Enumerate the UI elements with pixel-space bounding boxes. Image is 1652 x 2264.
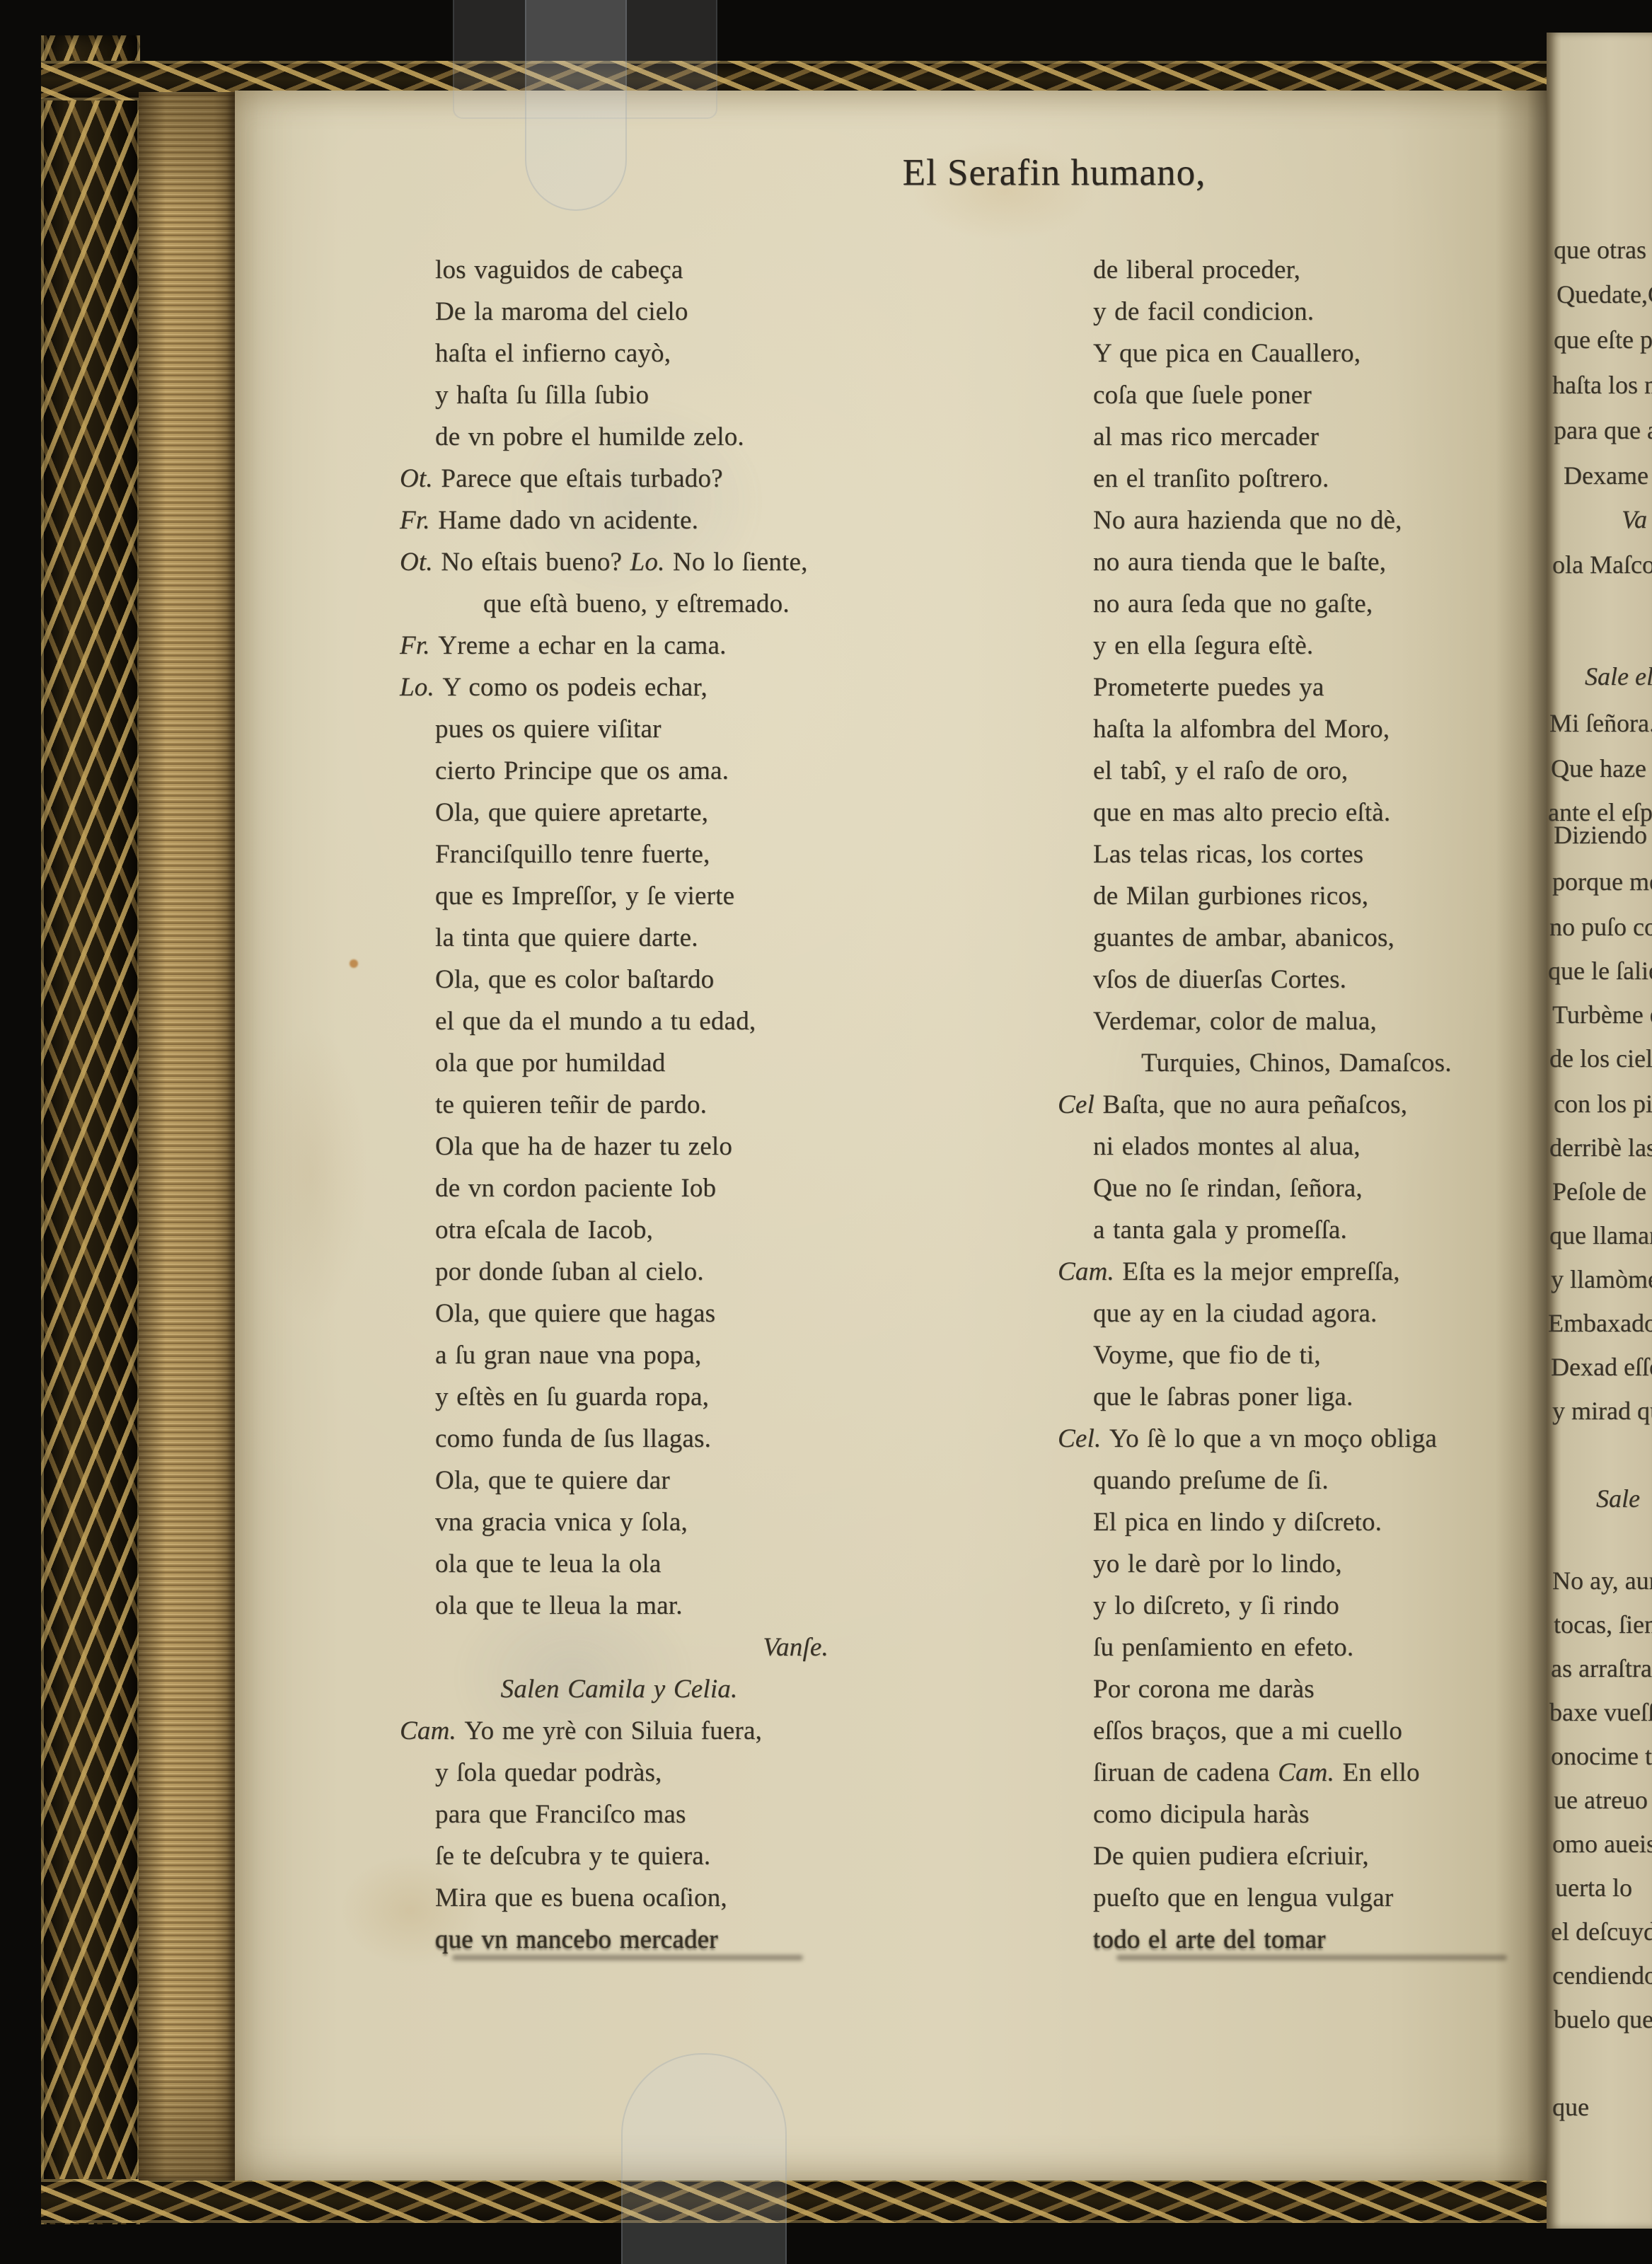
verse-text: en el tranſito poſtrero. [1093, 464, 1329, 493]
verse-text: Las telas ricas, los cortes [1093, 840, 1363, 869]
verse-line: guantes de ambar, abanicos, [1058, 917, 1546, 959]
verse-text: el que da el mundo a tu edad, [435, 1007, 756, 1036]
verse-line: y en ella ſegura eſtè. [1058, 625, 1546, 666]
verse-text: de Milan gurbiones ricos, [1093, 882, 1368, 911]
verse-text: guantes de ambar, abanicos, [1093, 923, 1394, 952]
verse-line: Ola que ha de hazer tu zelo [400, 1126, 838, 1167]
verse-line: todo el arte del tomar [1058, 1919, 1546, 1960]
verse-text: Franciſquillo tenre fuerte, [435, 840, 710, 869]
verse-line: el que da el mundo a tu edad, [400, 1000, 838, 1042]
verse-line: No aura hazienda que no dè, [1058, 499, 1546, 541]
verse-line: y haſta ſu ſilla ſubio [400, 374, 838, 416]
text-fragment: onocime tar [1551, 1743, 1652, 1769]
verse-text: que vn mancebo mercader [435, 1925, 718, 1954]
film-clip-bottom-tab [621, 2053, 787, 2264]
verse-text: pues os quiere viſitar [435, 715, 662, 744]
verse-text: Yreme a echar en la cama. [438, 631, 726, 660]
verse-text: Ola, que te quiere dar [435, 1466, 670, 1495]
text-fragment: ue atreuo [1554, 1787, 1648, 1813]
verse-text: de vn cordon paciente Iob [435, 1174, 716, 1203]
verse-line: para que Franciſco mas [400, 1794, 838, 1835]
verse-text: para que Franciſco mas [435, 1800, 686, 1829]
verse-line: como dicipula haràs [1058, 1794, 1546, 1835]
verse-line: ſe te deſcubra y te quiera. [400, 1835, 838, 1877]
text-fragment: haſta los mi [1552, 372, 1652, 398]
speaker-abbreviation: Cam. [1058, 1257, 1122, 1286]
text-fragment: y llamòme Ce [1551, 1266, 1652, 1292]
verse-line: de Milan gurbiones ricos, [1058, 875, 1546, 917]
verse-text: ola que por humildad [435, 1049, 665, 1078]
verse-line: no aura tienda que le baſte, [1058, 541, 1546, 583]
speaker-abbreviation: Fr. [400, 506, 438, 535]
verse-text: que es Impreſſor, y ſe vierte [435, 882, 734, 911]
verse-text: Parece que eſtais turbado? [441, 464, 723, 493]
verse-text: la tinta que quiere darte. [435, 923, 698, 952]
verse-text: otra eſcala de Iacob, [435, 1215, 653, 1244]
gutter-shadow [1496, 91, 1547, 2181]
verse-line: eſſos braços, que a mi cuello [1058, 1710, 1546, 1752]
verse-line: te quieren teñir de pardo. [400, 1084, 838, 1126]
verse-text: No aura hazienda que no dè, [1093, 506, 1402, 535]
verse-line: y lo diſcreto, y ſi rindo [1058, 1585, 1546, 1627]
text-fragment: que le ſalieron [1548, 958, 1652, 983]
verse-line: que en mas alto precio eſtà. [1058, 792, 1546, 833]
verse-text: vſos de diuerſas Cortes. [1093, 965, 1346, 994]
verse-line: vſos de diuerſas Cortes. [1058, 959, 1546, 1000]
verse-line: a tanta gala y promeſſa. [1058, 1209, 1546, 1251]
text-fragment: Dexad eſſos [1551, 1354, 1652, 1380]
verse-text: El pica en lindo y diſcreto. [1093, 1508, 1382, 1537]
verse-line: al mas rico mercader [1058, 416, 1546, 458]
verse-text: Por corona me daràs [1093, 1675, 1315, 1704]
verse-line: pueſto que en lengua vulgar [1058, 1877, 1546, 1919]
text-fragment: porque me v [1552, 869, 1652, 894]
verse-text: ſiruan de cadena [1093, 1758, 1278, 1787]
verse-line: que eſtà bueno, y eſtremado. [400, 583, 838, 625]
verse-text: y lo diſcreto, y ſi rindo [1093, 1591, 1339, 1620]
text-fragment: Que haze m [1551, 756, 1652, 781]
text-fragment: Sale el [1585, 664, 1652, 689]
verse-line: Fr. Yreme a echar en la cama. [400, 625, 838, 666]
verse-text: Verdemar, color de malua, [1093, 1007, 1377, 1036]
verse-text: eſſos braços, que a mi cuello [1093, 1716, 1402, 1745]
verse-line: Cam. Eſta es la mejor empreſſa, [1058, 1251, 1546, 1293]
verse-text: que le ſabras poner liga. [1093, 1382, 1353, 1411]
verse-line: como funda de ſus llagas. [400, 1418, 838, 1460]
speaker-abbreviation: Vanſe. [763, 1633, 828, 1662]
verse-text: Y como os podeis echar, [442, 673, 707, 702]
verse-text: y eſtès en ſu guarda ropa, [435, 1382, 709, 1411]
verse-text: Mira que es buena ocaſion, [435, 1883, 727, 1912]
verse-text: ni elados montes al alua, [1093, 1132, 1361, 1161]
verse-line: ola que por humildad [400, 1042, 838, 1084]
verse-text: cierto Principe que os ama. [435, 756, 729, 785]
verse-line: por donde ſuban al cielo. [400, 1251, 838, 1293]
text-fragment: Embaxador d [1548, 1310, 1652, 1336]
text-fragment: tocas, ſien [1554, 1612, 1652, 1637]
verse-line: Ola, que quiere que hagas [400, 1293, 838, 1334]
verse-line: y de facil condicion. [1058, 291, 1546, 333]
verse-line: Lo. Y como os podeis echar, [400, 666, 838, 708]
verse-text: Turquies, Chinos, Damaſcos. [1141, 1049, 1452, 1078]
text-fragment: derribè las ſal [1549, 1135, 1652, 1160]
verse-text: como dicipula haràs [1093, 1800, 1310, 1829]
verse-text: por donde ſuban al cielo. [435, 1257, 704, 1286]
speaker-abbreviation: Lo. [400, 673, 442, 702]
speaker-abbreviation: Ot. [400, 548, 441, 577]
book-fore-edge [139, 92, 235, 2181]
verse-text: Hame dado vn acidente. [438, 506, 698, 535]
verse-text: En ello [1342, 1758, 1419, 1787]
verse-text: a tanta gala y promeſſa. [1093, 1215, 1347, 1244]
verse-line: Ola, que te quiere dar [400, 1460, 838, 1501]
verse-line: vna gracia vnica y ſola, [400, 1501, 838, 1543]
speaker-abbreviation: Cam. [1278, 1758, 1342, 1787]
verse-text: de liberal proceder, [1093, 255, 1300, 284]
verse-line: Ot. No eſtais bueno? Lo. No lo ſiente, [400, 541, 838, 583]
verse-line: de liberal proceder, [1058, 249, 1546, 291]
verse-line: otra eſcala de Iacob, [400, 1209, 838, 1251]
verse-text: No eſtais bueno? [441, 548, 630, 577]
verse-text: que ay en la ciudad agora. [1093, 1299, 1377, 1328]
verse-text: el tabî, y el raſo de oro, [1093, 756, 1348, 785]
text-fragment: Quedate,C [1556, 282, 1652, 307]
verse-line: los vaguidos de cabeça [400, 249, 838, 291]
verse-line: Fr. Hame dado vn acidente. [400, 499, 838, 541]
film-clip-top-tab [525, 0, 627, 211]
verse-text: Ola, que quiere apretarte, [435, 798, 708, 827]
verse-line: y ſola quedar podràs, [400, 1752, 838, 1794]
verse-text: no aura tienda que le baſte, [1093, 548, 1386, 577]
verse-line: haſta el infierno cayò, [400, 333, 838, 374]
verse-text: Baſta, que no aura peñaſcos, [1102, 1090, 1407, 1119]
text-fragment: que otras lla [1554, 237, 1652, 262]
text-fragment: Va [1622, 507, 1647, 532]
verse-text: ola que te leua la ola [435, 1549, 662, 1578]
verse-line: quando preſume de ſi. [1058, 1460, 1546, 1501]
verse-line: pues os quiere viſitar [400, 708, 838, 750]
verse-text: Ola, que quiere que hagas [435, 1299, 715, 1328]
text-fragment: Turbème en la [1552, 1002, 1652, 1027]
verse-text: haſta la alfombra del Moro, [1093, 715, 1390, 744]
verse-text: De la maroma del cielo [435, 297, 688, 326]
verse-line: ni elados montes al alua, [1058, 1126, 1546, 1167]
verse-line: Las telas ricas, los cortes [1058, 833, 1546, 875]
verse-line: Y que pica en Cauallero, [1058, 333, 1546, 374]
verse-line: no aura ſeda que no gaſte, [1058, 583, 1546, 625]
verse-text: te quieren teñir de pardo. [435, 1090, 707, 1119]
text-fragment: que eſte pol [1554, 327, 1652, 352]
speaker-abbreviation: Fr. [400, 631, 438, 660]
verse-line: Vanſe. [400, 1627, 838, 1668]
verse-text: los vaguidos de cabeça [435, 255, 683, 284]
text-fragment: uerta lo [1555, 1875, 1632, 1900]
next-page-edge: que otras llaQuedate,Cque eſte polhaſta … [1547, 33, 1652, 2229]
verse-line: en el tranſito poſtrero. [1058, 458, 1546, 499]
verse-text: Ola, que es color baſtardo [435, 965, 714, 994]
verse-text: Prometerte puedes ya [1093, 673, 1324, 702]
verse-line: a ſu gran naue vna popa, [400, 1334, 838, 1376]
verse-text: No lo ſiente, [673, 548, 808, 577]
verse-line: Que no ſe rindan, ſeñora, [1058, 1167, 1546, 1209]
verse-line: el tabî, y el raſo de oro, [1058, 750, 1546, 792]
verse-line: que es Impreſſor, y ſe vierte [400, 875, 838, 917]
text-fragment: as arraſtra [1551, 1656, 1652, 1681]
verse-line: que ay en la ciudad agora. [1058, 1293, 1546, 1334]
verse-line: De la maroma del cielo [400, 291, 838, 333]
verse-text: Voyme, que fio de ti, [1093, 1341, 1321, 1370]
gilt-binding-bottom [41, 2179, 1571, 2223]
verse-text: ſu penſamiento en efeto. [1093, 1633, 1353, 1662]
text-fragment: Sale [1596, 1486, 1640, 1511]
verse-text: Yo ſè lo que a vn moço obliga [1109, 1424, 1437, 1453]
verse-text: yo le darè por lo lindo, [1093, 1549, 1342, 1578]
speaker-abbreviation: Cel [1058, 1090, 1102, 1119]
verse-line: Salen Camila y Celia. [400, 1668, 838, 1710]
verse-line: El pica en lindo y diſcreto. [1058, 1501, 1546, 1543]
verse-text: todo el arte del tomar [1093, 1925, 1326, 1954]
verse-text: de vn pobre el humilde zelo. [435, 422, 744, 451]
verse-column-right: de liberal proceder,y de facil condicion… [1058, 249, 1546, 1960]
text-fragment: Dexame t [1564, 463, 1652, 488]
verse-line: Ola, que quiere apretarte, [400, 792, 838, 833]
verse-line: Mira que es buena ocaſion, [400, 1877, 838, 1919]
verse-text: y haſta ſu ſilla ſubio [435, 381, 649, 410]
verse-line: de vn pobre el humilde zelo. [400, 416, 838, 458]
verse-line: que le ſabras poner liga. [1058, 1376, 1546, 1418]
speaker-abbreviation: Cam. [400, 1716, 464, 1745]
text-fragment: que llaman de [1549, 1223, 1652, 1248]
verse-line: ſiruan de cadena Cam. En ello [1058, 1752, 1546, 1794]
verse-text: vna gracia vnica y ſola, [435, 1508, 688, 1537]
text-fragment: ola Maſcon. [1552, 552, 1652, 577]
verse-text: coſa que ſuele poner [1093, 381, 1312, 410]
verse-text: Y que pica en Cauallero, [1093, 339, 1361, 368]
verse-text: Yo me yrè con Siluia fuera, [464, 1716, 762, 1745]
verse-text: y ſola quedar podràs, [435, 1758, 662, 1787]
verse-line: De quien pudiera eſcriuir, [1058, 1835, 1546, 1877]
verse-line: Cel Baſta, que no aura peñaſcos, [1058, 1084, 1546, 1126]
verse-text: no aura ſeda que no gaſte, [1093, 589, 1373, 618]
speaker-abbreviation: Cel. [1058, 1424, 1109, 1453]
verse-line: Voyme, que fio de ti, [1058, 1334, 1546, 1376]
verse-text: ola que te lleua la mar. [435, 1591, 683, 1620]
verse-line: Prometerte puedes ya [1058, 666, 1546, 708]
verse-line: yo le darè por lo lindo, [1058, 1543, 1546, 1585]
verse-column-left: los vaguidos de cabeçaDe la maroma del c… [400, 249, 838, 1960]
verse-line: Cel. Yo ſè lo que a vn moço obliga [1058, 1418, 1546, 1460]
verse-text: De quien pudiera eſcriuir, [1093, 1842, 1369, 1871]
paper-stain [350, 959, 358, 968]
verse-text: haſta el infierno cayò, [435, 339, 671, 368]
verse-line: Verdemar, color de malua, [1058, 1000, 1546, 1042]
text-fragment: para que a b [1554, 417, 1652, 443]
text-fragment: omo aueis [1552, 1831, 1652, 1856]
speaker-abbreviation: Salen Camila y Celia. [501, 1675, 738, 1704]
verse-line: coſa que ſuele poner [1058, 374, 1546, 416]
verse-text: Ola que ha de hazer tu zelo [435, 1132, 732, 1161]
speaker-abbreviation: Ot. [400, 464, 441, 493]
verse-text: que eſtà bueno, y eſtremado. [483, 589, 790, 618]
verse-text: que en mas alto precio eſtà. [1093, 798, 1390, 827]
text-fragment: y mirad quien [1552, 1398, 1652, 1423]
verse-line: la tinta que quiere darte. [400, 917, 838, 959]
verse-line: Turquies, Chinos, Damaſcos. [1058, 1042, 1546, 1084]
verse-line: ſu penſamiento en efeto. [1058, 1627, 1546, 1668]
verse-line: haſta la alfombra del Moro, [1058, 708, 1546, 750]
verse-text: y en ella ſegura eſtè. [1093, 631, 1313, 660]
verse-text: ſe te deſcubra y te quiera. [435, 1842, 710, 1871]
book-photo: El Serafin humano, los vaguidos de cabeç… [0, 0, 1652, 2264]
verse-line: Ot. Parece que eſtais turbado? [400, 458, 838, 499]
verse-line: Cam. Yo me yrè con Siluia fuera, [400, 1710, 838, 1752]
text-fragment: el deſcuydo [1551, 1919, 1652, 1944]
text-fragment: de los cielos g [1549, 1046, 1652, 1071]
verse-text: Eſta es la mejor empreſſa, [1122, 1257, 1399, 1286]
verse-line: y eſtès en ſu guarda ropa, [400, 1376, 838, 1418]
verse-text: Que no ſe rindan, ſeñora, [1093, 1174, 1363, 1203]
text-fragment: cendiendo [1552, 1963, 1652, 1988]
text-fragment: Peſole de vna [1552, 1179, 1652, 1204]
verse-text: y de facil condicion. [1093, 297, 1314, 326]
text-fragment: no puſo color [1549, 914, 1652, 940]
verse-line: Franciſquillo tenre fuerte, [400, 833, 838, 875]
text-fragment: No ay, aunq [1552, 1568, 1652, 1593]
running-head: El Serafin humano, [814, 151, 1295, 194]
verse-line: Ola, que es color baſtardo [400, 959, 838, 1000]
text-fragment: Diziendo a ſu [1554, 822, 1652, 848]
verse-line: cierto Principe que os ama. [400, 750, 838, 792]
verse-text: como funda de ſus llagas. [435, 1424, 711, 1453]
text-fragment: que [1552, 2094, 1589, 2120]
verse-line: de vn cordon paciente Iob [400, 1167, 838, 1209]
verse-text: al mas rico mercader [1093, 422, 1319, 451]
speaker-abbreviation: Lo. [630, 548, 673, 577]
verse-line: ola que te leua la ola [400, 1543, 838, 1585]
text-fragment: baxe vueſſa [1549, 1699, 1652, 1725]
verse-text: a ſu gran naue vna popa, [435, 1341, 701, 1370]
verse-text: pueſto que en lengua vulgar [1093, 1883, 1393, 1912]
verse-line: Por corona me daràs [1058, 1668, 1546, 1710]
verse-line: ola que te lleua la mar. [400, 1585, 838, 1627]
text-fragment: con los pies [1554, 1091, 1652, 1116]
text-fragment: buelo que [1554, 2006, 1652, 2032]
gilt-binding-left [41, 35, 140, 2224]
text-fragment: Mi ſeñora. [1549, 710, 1652, 736]
verse-line: que vn mancebo mercader [400, 1919, 838, 1960]
verse-text: quando preſume de ſi. [1093, 1466, 1329, 1495]
